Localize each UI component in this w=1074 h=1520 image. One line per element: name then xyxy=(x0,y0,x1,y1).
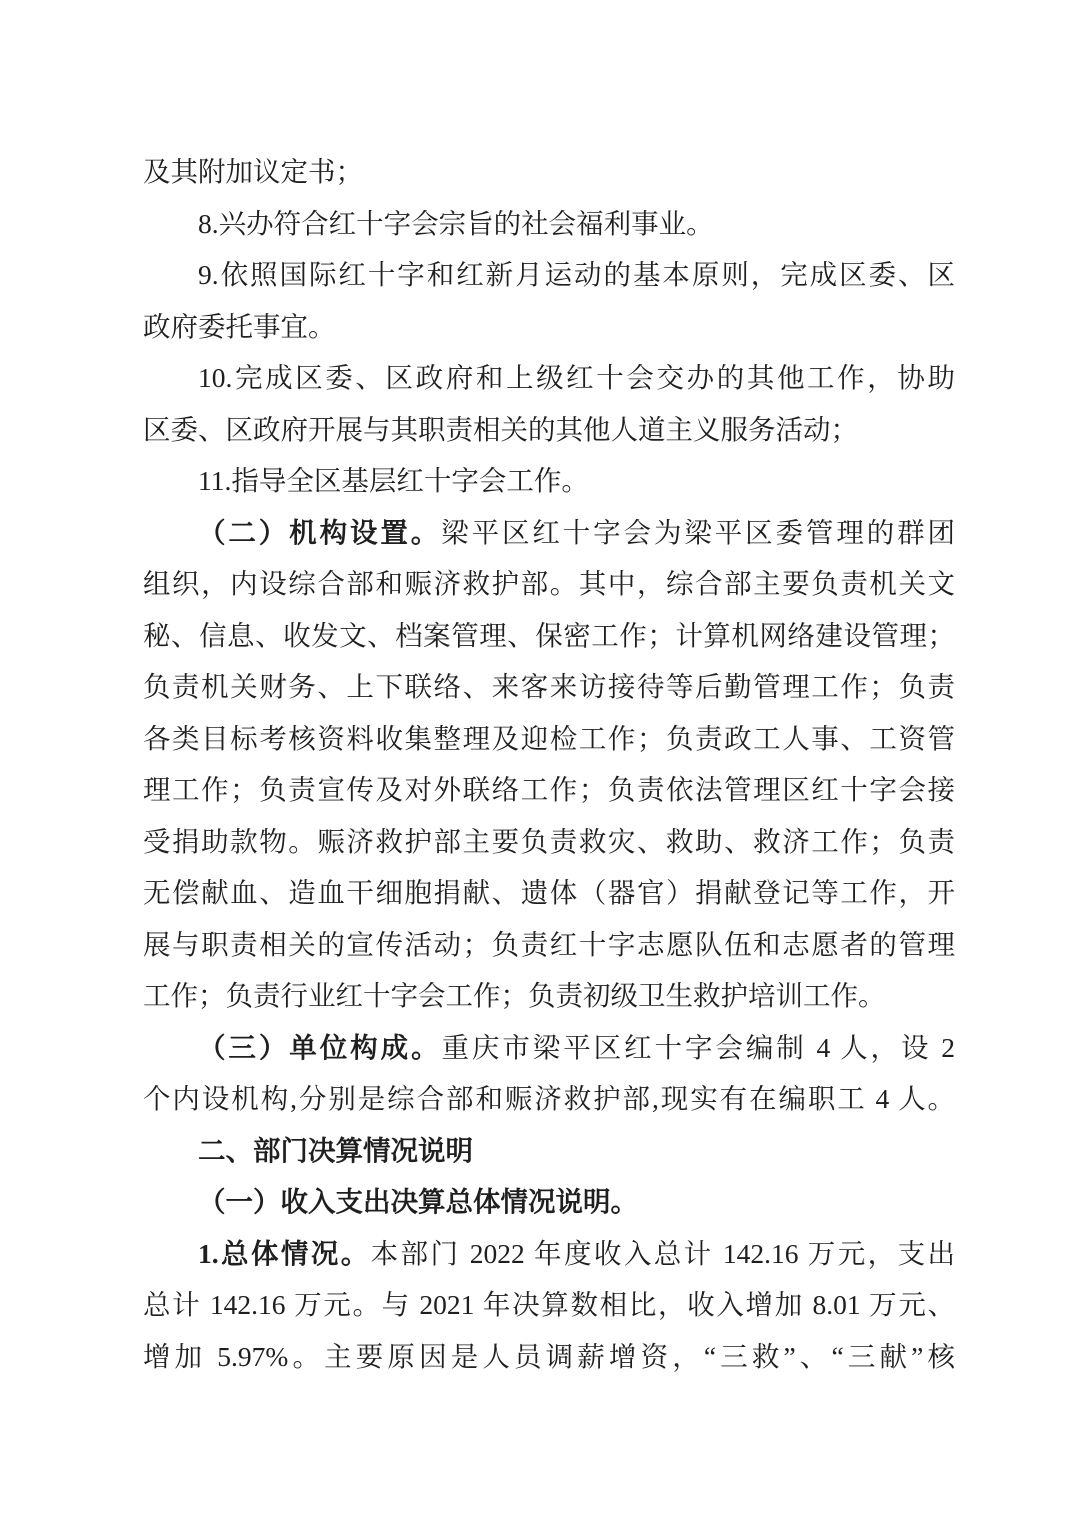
section-heading-text: 1.总体情况。 xyxy=(198,1238,371,1269)
text-line: 工作；负责行业红十字会工作；负责初级卫生救护培训工作。 xyxy=(143,970,955,1022)
text-line: （一）收入支出决算总体情况说明。 xyxy=(143,1176,955,1228)
text-line: 理工作；负责宣传及对外联络工作；负责依法管理区红十字会接 xyxy=(143,764,955,816)
body-text: 工作；负责行业红十字会工作；负责初级卫生救护培训工作。 xyxy=(143,980,886,1011)
text-line: 9.依照国际红十字和红新月运动的基本原则，完成区委、区 xyxy=(143,249,955,301)
text-line: 增加 5.97%。主要原因是人员调薪增资，“三救”、“三献”核 xyxy=(143,1331,955,1383)
section-heading-text: （一）收入支出决算总体情况说明。 xyxy=(198,1186,638,1217)
section-heading-text: （二）机构设置。 xyxy=(198,517,441,548)
document-page: 及其附加议定书；8.兴办符合红十字会宗旨的社会福利事业。9.依照国际红十字和红新… xyxy=(0,0,1074,1520)
text-line: （二）机构设置。梁平区红十字会为梁平区委管理的群团 xyxy=(143,507,955,559)
text-line: 无偿献血、造血干细胞捐献、遗体（器官）捐献登记等工作，开 xyxy=(143,867,955,919)
text-line: 政府委托事宜。 xyxy=(143,301,955,353)
text-line: 个内设机构,分别是综合部和赈济救护部,现实有在编职工 4 人。 xyxy=(143,1073,955,1125)
document-body: 及其附加议定书；8.兴办符合红十字会宗旨的社会福利事业。9.依照国际红十字和红新… xyxy=(143,146,955,1382)
body-text: 区委、区政府开展与其职责相关的其他人道主义服务活动； xyxy=(143,414,858,445)
text-line: 及其附加议定书； xyxy=(143,146,955,198)
text-line: 1.总体情况。本部门 2022 年度收入总计 142.16 万元，支出 xyxy=(143,1228,955,1280)
body-text: 秘、信息、收发文、档案管理、保密工作；计算机网络建设管理； xyxy=(143,620,955,651)
body-text: 重庆市梁平区红十字会编制 4 人，设 2 xyxy=(442,1032,956,1063)
body-text: 负责机关财务、上下联络、来客来访接待等后勤管理工作；负责 xyxy=(143,671,955,702)
body-text: 及其附加议定书； xyxy=(143,156,363,187)
body-text: 本部门 2022 年度收入总计 142.16 万元，支出 xyxy=(371,1238,955,1269)
body-text: 各类目标考核资料收集整理及迎检工作；负责政工人事、工资管 xyxy=(143,723,955,754)
text-line: 总计 142.16 万元。与 2021 年决算数相比，收入增加 8.01 万元、 xyxy=(143,1279,955,1331)
body-text: 个内设机构,分别是综合部和赈济救护部,现实有在编职工 4 人。 xyxy=(143,1083,955,1114)
text-line: （三）单位构成。重庆市梁平区红十字会编制 4 人，设 2 xyxy=(143,1022,955,1074)
text-line: 10.完成区委、区政府和上级红十会交办的其他工作，协助 xyxy=(143,352,955,404)
text-line: 负责机关财务、上下联络、来客来访接待等后勤管理工作；负责 xyxy=(143,661,955,713)
section-heading-text: （三）单位构成。 xyxy=(198,1032,442,1063)
body-text: 10.完成区委、区政府和上级红十会交办的其他工作，协助 xyxy=(198,362,955,393)
text-line: 各类目标考核资料收集整理及迎检工作；负责政工人事、工资管 xyxy=(143,713,955,765)
text-line: 8.兴办符合红十字会宗旨的社会福利事业。 xyxy=(143,198,955,250)
body-text: 总计 142.16 万元。与 2021 年决算数相比，收入增加 8.01 万元、 xyxy=(143,1289,955,1320)
body-text: 理工作；负责宣传及对外联络工作；负责依法管理区红十字会接 xyxy=(143,774,955,805)
body-text: 无偿献血、造血干细胞捐献、遗体（器官）捐献登记等工作，开 xyxy=(143,877,955,908)
body-text: 8.兴办符合红十字会宗旨的社会福利事业。 xyxy=(198,208,714,239)
body-text: 政府委托事宜。 xyxy=(143,311,336,342)
body-text: 11.指导全区基层红十字会工作。 xyxy=(198,465,589,496)
body-text: 梁平区红十字会为梁平区委管理的群团 xyxy=(441,517,955,548)
body-text: 增加 5.97%。主要原因是人员调薪增资，“三救”、“三献”核 xyxy=(143,1341,955,1372)
text-line: 展与职责相关的宣传活动；负责红十字志愿队伍和志愿者的管理 xyxy=(143,919,955,971)
text-line: 受捐助款物。赈济救护部主要负责救灾、救助、救济工作；负责 xyxy=(143,816,955,868)
body-text: 9.依照国际红十字和红新月运动的基本原则，完成区委、区 xyxy=(198,259,955,290)
text-line: 11.指导全区基层红十字会工作。 xyxy=(143,455,955,507)
text-line: 组织，内设综合部和赈济救护部。其中，综合部主要负责机关文 xyxy=(143,558,955,610)
body-text: 组织，内设综合部和赈济救护部。其中，综合部主要负责机关文 xyxy=(143,568,955,599)
section-heading-text: 二、部门决算情况说明 xyxy=(198,1135,473,1166)
text-line: 区委、区政府开展与其职责相关的其他人道主义服务活动； xyxy=(143,404,955,456)
body-text: 受捐助款物。赈济救护部主要负责救灾、救助、救济工作；负责 xyxy=(143,826,955,857)
text-line: 秘、信息、收发文、档案管理、保密工作；计算机网络建设管理； xyxy=(143,610,955,662)
text-line: 二、部门决算情况说明 xyxy=(143,1125,955,1177)
body-text: 展与职责相关的宣传活动；负责红十字志愿队伍和志愿者的管理 xyxy=(143,929,955,960)
